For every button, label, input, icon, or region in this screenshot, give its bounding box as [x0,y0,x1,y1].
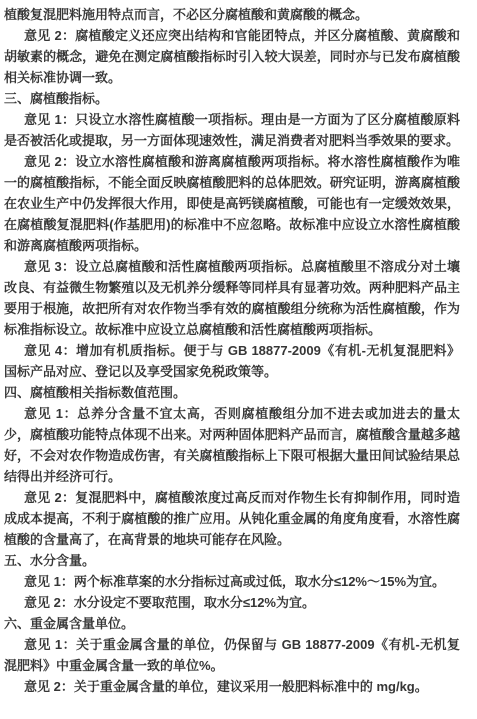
paragraph: 意见 1：关于重金属含量的单位，仍保留与 GB 18877-2009《有机-无机… [4,634,460,676]
paragraph: 意见 2：复混肥料中，腐植酸浓度过高反而对作物生长有抑制作用，同时造成成本提高，… [4,487,460,550]
section-heading: 五、水分含量。 [4,550,460,571]
paragraph: 意见 1：只设立水溶性腐植酸一项指标。理由是一方面为了区分腐植酸原料是否被活化或… [4,109,460,151]
section-heading: 四、腐植酸相关指标数值范围。 [4,382,460,403]
paragraph: 意见 2：水分设定不要取范围，取水分≤12%为宜。 [4,592,460,613]
document-page: { "document": { "background_color": "#ff… [0,0,477,719]
paragraph: 意见 2：腐植酸定义还应突出结构和官能团特点，并区分腐植酸、黄腐酸和胡敏素的概念… [4,25,460,88]
paragraph: 植酸复混肥料施用特点而言，不必区分腐植酸和黄腐酸的概念。 [4,4,460,25]
document-body: 植酸复混肥料施用特点而言，不必区分腐植酸和黄腐酸的概念。意见 2：腐植酸定义还应… [0,0,477,719]
paragraph: 意见 2：设立水溶性腐植酸和游离腐植酸两项指标。将水溶性腐植酸作为唯一的腐植酸指… [4,151,460,256]
paragraph: 意见 3：设立总腐植酸和活性腐植酸两项指标。总腐植酸里不溶成分对土壤改良、有益微… [4,256,460,340]
section-heading: 六、重金属含量单位。 [4,613,460,634]
paragraph: 意见 1：总养分含量不宜太高，否则腐植酸组分加不进去或加进去的量太少，腐植酸功能… [4,403,460,487]
paragraph: 意见 1：两个标准草案的水分指标过高或过低，取水分≤12%～15%为宜。 [4,571,460,592]
paragraph: 意见 2：关于重金属含量的单位，建议采用一般肥料标准中的 mg/kg。 [4,676,460,697]
section-heading: 三、腐植酸指标。 [4,88,460,109]
paragraph: 意见 4：增加有机质指标。便于与 GB 18877-2009《有机-无机复混肥料… [4,340,460,382]
